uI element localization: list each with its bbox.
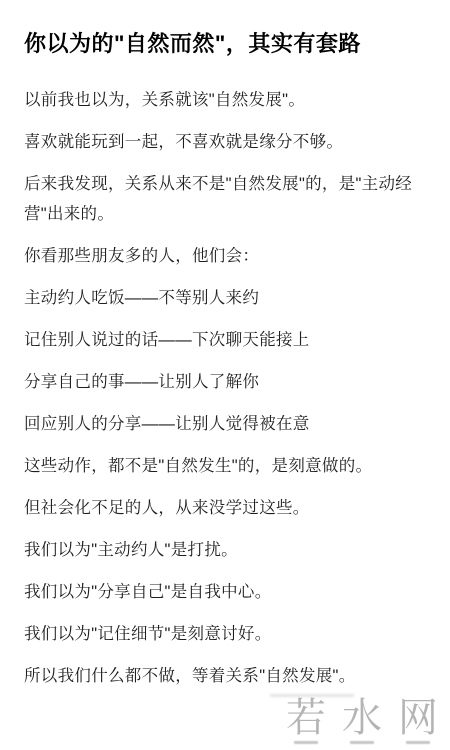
- watermark-char-group: 网: [398, 698, 438, 744]
- page-title: 你以为的"自然而然"，其实有套路: [24, 30, 426, 59]
- watermark-char: 网: [398, 698, 438, 738]
- watermark-subtext-blur: [350, 741, 374, 744]
- paragraph: 我们以为"主动约人"是打扰。: [24, 535, 426, 565]
- paragraph: 这些动作，都不是"自然发生"的，是刻意做的。: [24, 451, 426, 481]
- paragraph: 以前我也以为，关系就该"自然发展"。: [24, 85, 426, 115]
- page: 你以为的"自然而然"，其实有套路 以前我也以为，关系就该"自然发展"。 喜欢就能…: [0, 0, 450, 750]
- paragraph: 所以我们什么都不做，等着关系"自然发展"。: [24, 661, 426, 691]
- watermark: 若 水 网: [286, 698, 438, 744]
- watermark-subtext-blur: [294, 741, 318, 744]
- paragraph: 后来我发现，关系从来不是"自然发展"的，是"主动经营"出来的。: [24, 169, 426, 229]
- paragraph: 我们以为"记住细节"是刻意讨好。: [24, 619, 426, 649]
- watermark-char: 水: [342, 698, 382, 738]
- paragraph: 喜欢就能玩到一起，不喜欢就是缘分不够。: [24, 127, 426, 157]
- paragraph: 我们以为"分享自己"是自我中心。: [24, 577, 426, 607]
- paragraph: 你看那些朋友多的人，他们会：: [24, 241, 426, 271]
- watermark-subtext-blur: [406, 741, 430, 744]
- watermark-char: 若: [286, 698, 326, 738]
- paragraph: 主动约人吃饭——不等别人来约: [24, 283, 426, 313]
- article: 你以为的"自然而然"，其实有套路 以前我也以为，关系就该"自然发展"。 喜欢就能…: [0, 0, 450, 691]
- paragraph: 但社会化不足的人，从来没学过这些。: [24, 493, 426, 523]
- paragraph: 回应别人的分享——让别人觉得被在意: [24, 409, 426, 439]
- paragraph: 分享自己的事——让别人了解你: [24, 367, 426, 397]
- paragraph: 记住别人说过的话——下次聊天能接上: [24, 325, 426, 355]
- watermark-char-group: 水: [342, 698, 382, 744]
- watermark-char-group: 若: [286, 698, 326, 744]
